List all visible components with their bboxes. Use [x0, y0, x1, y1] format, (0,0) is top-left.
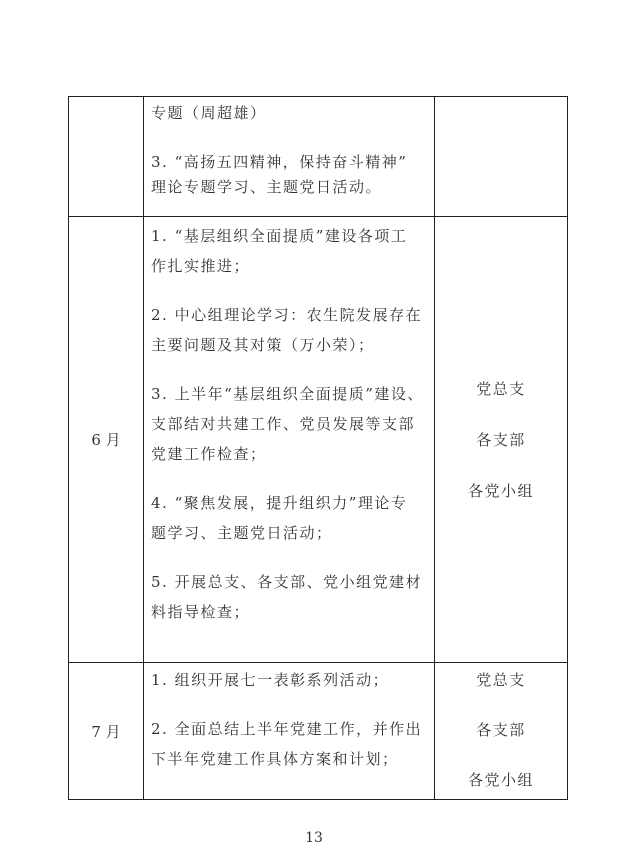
- content-line: 2. 中心组理论学习：农生院发展存在: [151, 303, 428, 328]
- responsible-party: 各支部: [476, 718, 526, 743]
- content-line: 题学习、主题党日活动；: [151, 521, 428, 546]
- responsible-party: 党总支: [476, 668, 526, 693]
- responsible-party: 各支部: [476, 428, 526, 453]
- content-line: 4. “聚焦发展，提升组织力”理论专: [151, 491, 428, 516]
- content-cell: 专题（周超雄） 3. “高扬五四精神，保持奋斗精神” 理论专题学习、主题党日活动…: [144, 97, 435, 216]
- month-cell: 7 月: [69, 663, 144, 799]
- page-number: 13: [0, 830, 628, 846]
- content-line: 下半年党建工作具体方案和计划；: [151, 747, 428, 772]
- table-row: 7 月 1. 组织开展七一表彰系列活动； 2. 全面总结上半年党建工作，并作出 …: [69, 662, 567, 799]
- responsible-party: 各党小组: [468, 479, 534, 504]
- content-line: 料指导检查；: [151, 600, 428, 625]
- content-cell: 1. 组织开展七一表彰系列活动； 2. 全面总结上半年党建工作，并作出 下半年党…: [144, 663, 435, 799]
- responsible-cell: 党总支 各支部 各党小组: [435, 217, 567, 662]
- content-line: 党建工作检查；: [151, 442, 428, 467]
- content-line: 2. 全面总结上半年党建工作，并作出: [151, 717, 428, 742]
- table-row: 专题（周超雄） 3. “高扬五四精神，保持奋斗精神” 理论专题学习、主题党日活动…: [69, 97, 567, 216]
- content-line: 理论专题学习、主题党日活动。: [151, 175, 428, 200]
- content-line: 专题（周超雄）: [151, 101, 428, 126]
- content-line: 1. 组织开展七一表彰系列活动；: [151, 668, 428, 693]
- month-cell: [69, 97, 144, 216]
- content-line: 作扎实推进；: [151, 254, 428, 279]
- content-cell: 1. “基层组织全面提质”建设各项工 作扎实推进； 2. 中心组理论学习：农生院…: [144, 217, 435, 662]
- content-line: 支部结对共建工作、党员发展等支部: [151, 412, 428, 437]
- table-row: 6 月 1. “基层组织全面提质”建设各项工 作扎实推进； 2. 中心组理论学习…: [69, 216, 567, 662]
- responsible-cell: 党总支 各支部 各党小组: [435, 663, 567, 799]
- content-line: 3. 上半年“基层组织全面提质”建设、: [151, 382, 428, 407]
- content-line: 1. “基层组织全面提质”建设各项工: [151, 224, 428, 249]
- responsible-party: 各党小组: [468, 768, 534, 793]
- content-line: 3. “高扬五四精神，保持奋斗精神”: [151, 150, 428, 175]
- responsible-party: 党总支: [476, 377, 526, 402]
- plan-table: 专题（周超雄） 3. “高扬五四精神，保持奋斗精神” 理论专题学习、主题党日活动…: [68, 96, 568, 800]
- content-line: 5. 开展总支、各支部、党小组党建材: [151, 570, 428, 595]
- content-line: 主要问题及其对策（万小荣）；: [151, 333, 428, 358]
- responsible-cell: [435, 97, 567, 216]
- month-cell: 6 月: [69, 217, 144, 662]
